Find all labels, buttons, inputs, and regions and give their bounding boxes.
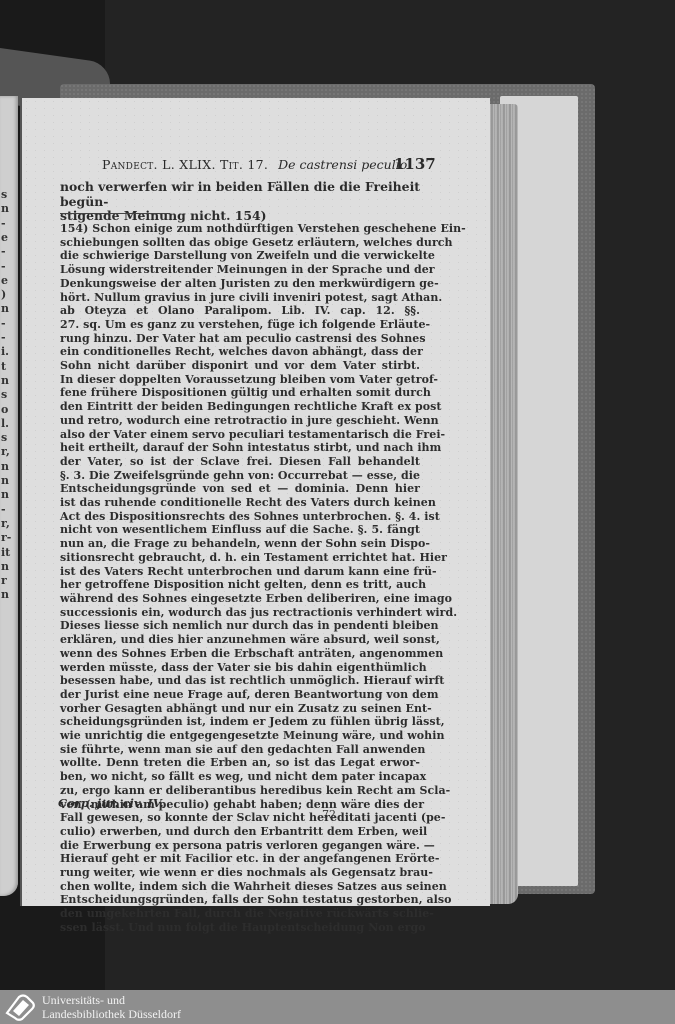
footnote-line: Denkungsweise der alten Juristen zu den … [60,277,420,291]
previous-page-letter: s [1,388,7,401]
footnote-line: sie führte, wenn man sie auf den gedacht… [60,743,420,757]
previous-page-letter: o [1,403,8,416]
previous-page-letter: - [1,503,6,516]
footnote-line: chen wollte, indem sich die Wahrheit die… [60,880,420,894]
footnote-line: nicht von wesentlichem Einfluss auf die … [60,523,420,537]
running-head: Pandect. L. XLIX. Tit. 17. De castrensi … [102,157,422,172]
previous-page-edge: sn-e--e)n--i.tnsol.sr,nnn-r,r-itnrn [0,96,18,896]
previous-page-letter: n [1,560,9,573]
footnote-line: successionis ein, wodurch das jus rectra… [60,606,420,620]
footnote-line: wie unrichtig die entgegengesetzte Meinu… [60,729,420,743]
footnote-line: rung hinzu. Der Vater hat am peculio cas… [60,332,420,346]
footnote-line: In dieser doppelten Voraussetzung bleibe… [60,373,420,387]
previous-page-letter: n [1,474,9,487]
footnote-line: während des Sohnes eingesetzte Erben del… [60,592,420,606]
previous-page-letter: ) [1,288,6,301]
body-line: noch verwerfen wir in beiden Fällen die … [60,180,420,209]
footnote-line: wollte. Denn treten die Erben an, so ist… [60,756,420,770]
previous-page-letter: - [1,245,6,258]
footnote-line: her getroffene Disposition nicht gelten,… [60,578,420,592]
previous-page-letter: n [1,374,9,387]
previous-page-letter: e [1,274,8,287]
footnote-line: ssen lässt. Und nun folgt die Hauptentsc… [60,921,420,935]
footnote-line: und retro, wodurch eine retrotractio in … [60,414,420,428]
previous-page-letter: i. [1,345,9,358]
footnote-line: culio) erwerben, und durch den Erbantrit… [60,825,420,839]
previous-page-letter: n [1,488,9,501]
previous-page-letter: r [1,574,7,587]
footnote-line: heit ertheilt, darauf der Sohn intestatu… [60,441,420,455]
previous-page-letter: n [1,302,9,315]
footnote-line: vorher Gesagten abhängt und nur ein Zusa… [60,702,420,716]
footnote-line: §. 3. Die Zweifelsgründe gehn von: Occur… [60,469,420,483]
footnote-line: den Eintritt der beiden Bedingungen rech… [60,400,420,414]
footnote-line: den umgekehrten Fall, durch die Negative… [60,907,420,921]
footnote-line: Hierauf geht er mit Facilior etc. in der… [60,852,420,866]
footnote-line: 27. sq. Um es ganz zu verstehen, füge ic… [60,318,420,332]
footnote-line: ist des Vaters Recht unterbrochen und da… [60,565,420,579]
previous-page-letter: n [1,202,9,215]
footnote-line: die Erwerbung ex persona patris verloren… [60,839,420,853]
previous-page-letter: r- [1,531,11,544]
footnote-line: ben, wo nicht, so fällt es weg, und nich… [60,770,420,784]
footnote-line: ist das ruhende conditionelle Recht des … [60,496,420,510]
footnote-line: Entscheidungsgründe von sed et — dominia… [60,482,420,496]
footnote-line: erklären, und dies hier anzunehmen wäre … [60,633,420,647]
previous-page-letter: - [1,260,6,273]
footnote-line: Sohn nicht darüber disponirt und vor dem… [60,359,420,373]
footnote-line: Fall gewesen, so konnte der Sclav nicht … [60,811,420,825]
banner-line-1: Universitäts- und [42,993,125,1008]
footnote-line: rung weiter, wie wenn er dies nochmals a… [60,866,420,880]
previous-page-letter: it [1,546,10,559]
footnote-line: Lösung widerstreitender Meinungen in der… [60,263,420,277]
previous-page-letter: - [1,317,6,330]
previous-page-letter: n [1,588,9,601]
book-logo-icon [3,993,37,1021]
footnote-line: schiebungen sollten das obige Gesetz erl… [60,236,420,250]
footnote-line: ab Oteyza et Olano Paralipom. Lib. IV. c… [60,304,420,318]
footnote-line: Act des Dispositionsrechts des Sohnes un… [60,510,420,524]
footnote-line: hört. Nullum gravius in jure civili inve… [60,291,420,305]
footnote-line: 154) Schon einige zum nothdürftigen Vers… [60,222,420,236]
page-number: 1137 [394,155,436,173]
footnote-rule [60,213,170,214]
footnote-line: werden müsste, dass der Vater sie bis da… [60,661,420,675]
footnote-line: ein conditionelles Recht, welches davon … [60,345,420,359]
footnote-line: fene frühere Dispositionen gültig und er… [60,386,420,400]
footnote-line: scheidungsgründen ist, indem er Jedem zu… [60,715,420,729]
footnote-line: besessen habe, und das ist rechtlich unm… [60,674,420,688]
footnote-line: Entscheidungsgründen, falls der Sohn tes… [60,893,420,907]
previous-page-letter: s [1,431,7,444]
signature-mark: Corp. jur. civ. IV. [58,796,164,810]
previous-page-letter: t [1,360,6,373]
footnote-line: also der Vater einem servo peculiari tes… [60,428,420,442]
previous-page-letter: - [1,331,6,344]
previous-page-letter: r, [1,445,10,458]
previous-page-letter: n [1,460,9,473]
footnote-154: 154) Schon einige zum nothdürftigen Vers… [60,222,420,935]
running-head-left: Pandect. L. XLIX. Tit. 17. [102,157,268,172]
sheet-number: 72 [322,808,336,821]
banner-line-2: Landesbibliothek Düsseldorf [42,1007,181,1022]
footnote-line: nun an, die Frage zu behandeln, wenn der… [60,537,420,551]
footnote-line: wenn des Sohnes Erben die Erbschaft antr… [60,647,420,661]
footnote-line: Dieses liesse sich nemlich nur durch das… [60,619,420,633]
previous-page-letter: r, [1,517,10,530]
previous-page-letter: e [1,231,8,244]
previous-page-letter: - [1,217,6,230]
body-text: noch verwerfen wir in beiden Fällen die … [60,180,420,224]
footnote-line: sitionsrecht gebraucht, d. h. ein Testam… [60,551,420,565]
previous-page-letter: s [1,188,7,201]
footnote-line: der Jurist eine neue Frage auf, deren Be… [60,688,420,702]
previous-page-letter: l. [1,417,9,430]
footnote-line: der Vater, so ist der Sclave frei. Diese… [60,455,420,469]
footnote-line: die schwierige Darstellung von Zweifeln … [60,249,420,263]
running-head-title: De castrensi peculio. [278,157,411,172]
